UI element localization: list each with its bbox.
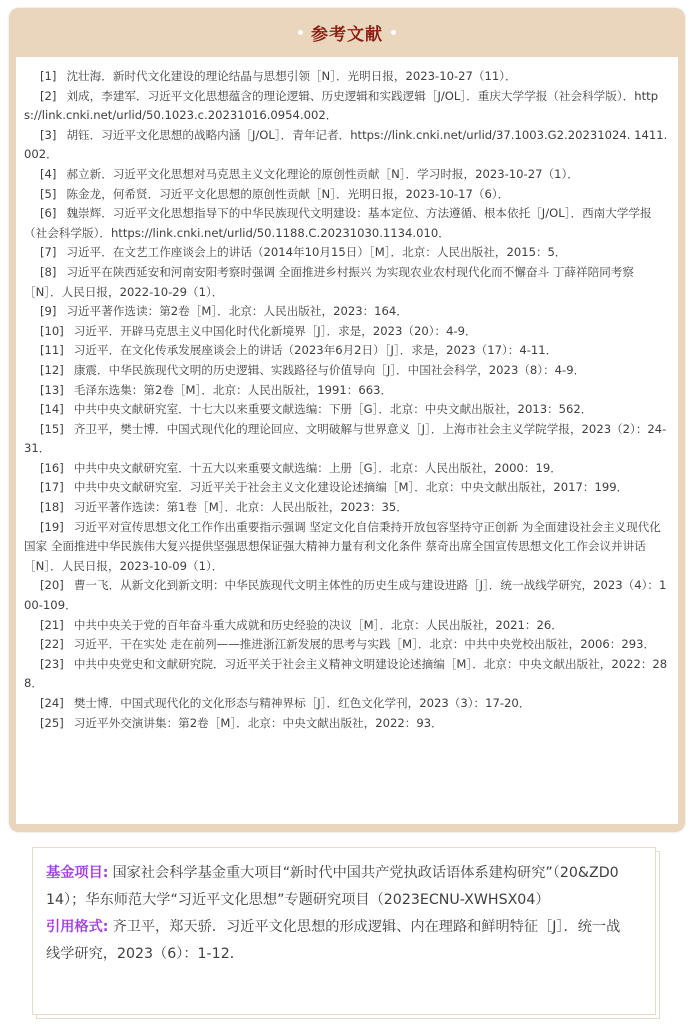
reference-item: [1]沈壮海．新时代文化建设的理论结晶与思想引领［N］．光明日报，2023-10… — [24, 67, 670, 87]
reference-item: [15]齐卫平，樊士博．中国式现代化的理论回应、文明破解与世界意义［J］．上海市… — [24, 420, 670, 459]
reference-number: [15] — [32, 420, 64, 440]
reference-text: 樊士博．中国式现代化的文化形态与精神界标［J］．红色文化学刊，2023（3）：1… — [74, 696, 531, 710]
reference-item: [14]中共中央文献研究室．十七大以来重要文献选编：下册［G］．北京：中央文献出… — [24, 400, 670, 420]
reference-number: [25] — [32, 714, 64, 734]
reference-number: [16] — [32, 459, 64, 479]
reference-text: 中共中央文献研究室．习近平关于社会主义文化建设论述摘编［M］．北京：中央文献出版… — [74, 480, 628, 494]
reference-text: 习近平．干在实处 走在前列——推进浙江新发展的思考与实践［M］．北京：中共中央党… — [74, 637, 655, 651]
reference-item: [17]中共中央文献研究室．习近平关于社会主义文化建设论述摘编［M］．北京：中央… — [24, 478, 670, 498]
reference-number: [21] — [32, 616, 64, 636]
reference-text: 齐卫平，樊士博．中国式现代化的理论回应、文明破解与世界意义［J］．上海市社会主义… — [24, 422, 666, 456]
reference-item: [22]习近平．干在实处 走在前列——推进浙江新发展的思考与实践［M］．北京：中… — [24, 635, 670, 655]
reference-number: [5] — [32, 185, 56, 205]
reference-number: [14] — [32, 400, 64, 420]
reference-item: [5]陈金龙，何希贤．习近平文化思想的原创性贡献［N］．光明日报，2023-10… — [24, 185, 670, 205]
reference-item: [12]康震．中华民族现代文明的历史逻辑、实践路径与价值导向［J］．中国社会科学… — [24, 361, 670, 381]
reference-number: [22] — [32, 635, 64, 655]
reference-number: [7] — [32, 243, 56, 263]
fund-paragraph: 基金项目:国家社会科学基金重大项目“新时代中国共产党执政话语体系建构研究”（20… — [46, 860, 626, 914]
reference-item: [21]中共中央关于党的百年奋斗重大成就和历史经验的决议［M］．北京：人民出版社… — [24, 616, 670, 636]
reference-number: [2] — [32, 87, 56, 107]
reference-item: [3]胡钰．习近平文化思想的战略内涵［J/OL］．青年记者．https://li… — [24, 126, 670, 165]
reference-text: 习近平在陕西延安和河南安阳考察时强调 全面推进乡村振兴 为实现农业农村现代化而不… — [24, 265, 634, 299]
reference-number: [20] — [32, 576, 64, 596]
reference-text: 中共中央文献研究室．十五大以来重要文献选编：上册［G］．北京：人民出版社，200… — [74, 461, 562, 475]
reference-number: [1] — [32, 67, 56, 87]
reference-number: [23] — [32, 655, 64, 675]
bullet-dot-icon — [298, 30, 303, 35]
reference-item: [23]中共中央党史和文献研究院．习近平关于社会主义精神文明建设论述摘编［M］．… — [24, 655, 670, 694]
reference-item: [2]刘成，李建军．习近平文化思想蕴含的理论逻辑、历史逻辑和实践逻辑［J/OL］… — [24, 87, 670, 126]
references-card: 参考文献 [1]沈壮海．新时代文化建设的理论结晶与思想引领［N］．光明日报，20… — [9, 8, 685, 832]
reference-text: 陈金龙，何希贤．习近平文化思想的原创性贡献［N］．光明日报，2023-10-17… — [66, 187, 509, 201]
reference-text: 习近平外交演讲集：第2卷［M］．北京：中央文献出版社，2022：93． — [74, 716, 443, 730]
reference-text: 中共中央党史和文献研究院．习近平关于社会主义精神文明建设论述摘编［M］．北京：中… — [24, 657, 667, 691]
reference-text: 习近平著作选读：第1卷［M］．北京：人民出版社，2023：35． — [74, 500, 408, 514]
reference-item: [10]习近平．开辟马克思主义中国化时代化新境界［J］．求是，2023（20）：… — [24, 322, 670, 342]
fund-text: 国家社会科学基金重大项目“新时代中国共产党执政话语体系建构研究”（20&ZD01… — [46, 865, 619, 908]
references-list: [1]沈壮海．新时代文化建设的理论结晶与思想引领［N］．光明日报，2023-10… — [16, 57, 678, 824]
reference-text: 刘成，李建军．习近平文化思想蕴含的理论逻辑、历史逻辑和实践逻辑［J/OL］．重庆… — [24, 89, 658, 123]
reference-item: [11]习近平．在文化传承发展座谈会上的讲话（2023年6月2日）［J］．求是，… — [24, 341, 670, 361]
reference-number: [8] — [32, 263, 56, 283]
reference-item: [25]习近平外交演讲集：第2卷［M］．北京：中央文献出版社，2022：93． — [24, 714, 670, 734]
reference-item: [24]樊士博．中国式现代化的文化形态与精神界标［J］．红色文化学刊，2023（… — [24, 694, 670, 714]
reference-number: [9] — [32, 302, 56, 322]
reference-number: [17] — [32, 478, 64, 498]
reference-number: [10] — [32, 322, 64, 342]
reference-text: 郝立新．习近平文化思想对马克思主义文化理论的原创性贡献［N］．学习时报，2023… — [66, 167, 578, 181]
reference-item: [8]习近平在陕西延安和河南安阳考察时强调 全面推进乡村振兴 为实现农业农村现代… — [24, 263, 670, 302]
citation-label: 引用格式: — [46, 919, 108, 935]
reference-number: [18] — [32, 498, 64, 518]
reference-text: 习近平对宣传思想文化工作作出重要指示强调 坚定文化自信秉持开放包容坚持守正创新 … — [24, 520, 661, 573]
bullet-dot-icon — [391, 30, 396, 35]
reference-text: 习近平．在文化传承发展座谈会上的讲话（2023年6月2日）［J］．求是，2023… — [74, 343, 557, 357]
reference-text: 习近平著作选读：第2卷［M］．北京：人民出版社，2023：164． — [66, 304, 407, 318]
reference-item: [16]中共中央文献研究室．十五大以来重要文献选编：上册［G］．北京：人民出版社… — [24, 459, 670, 479]
reference-item: [20]曹一飞．从新文化到新文明：中华民族现代文明主体性的历史生成与建设进路［J… — [24, 576, 670, 615]
reference-text: 中共中央文献研究室．十七大以来重要文献选编：下册［G］．北京：中央文献出版社，2… — [74, 402, 593, 416]
reference-text: 康震．中华民族现代文明的历史逻辑、实践路径与价值导向［J］．中国社会科学，202… — [74, 363, 585, 377]
references-title-wrap: 参考文献 — [298, 20, 396, 45]
reference-text: 沈壮海．新时代文化建设的理论结晶与思想引领［N］．光明日报，2023-10-27… — [66, 69, 516, 83]
reference-text: 魏崇辉．习近平文化思想指导下的中华民族现代文明建设：基本定位、方法遵循、根本依托… — [24, 206, 652, 240]
reference-text: 胡钰．习近平文化思想的战略内涵［J/OL］．青年记者．https://link.… — [24, 128, 667, 162]
reference-item: [19]习近平对宣传思想文化工作作出重要指示强调 坚定文化自信秉持开放包容坚持守… — [24, 518, 670, 577]
reference-text: 习近平．开辟马克思主义中国化时代化新境界［J］．求是，2023（20）：4-9． — [74, 324, 477, 338]
citation-text: 齐卫平，郑天骄．习近平文化思想的形成逻辑、内在理路和鲜明特征［J］．统一战线学研… — [46, 919, 620, 962]
reference-number: [12] — [32, 361, 64, 381]
reference-text: 毛泽东选集：第2卷［M］．北京：人民出版社，1991：663． — [74, 383, 392, 397]
references-title: 参考文献 — [311, 20, 383, 45]
reference-number: [13] — [32, 381, 64, 401]
reference-number: [11] — [32, 341, 64, 361]
reference-text: 习近平．在文艺工作座谈会上的讲话（2014年10月15日）［M］．北京：人民出版… — [66, 245, 566, 259]
reference-number: [6] — [32, 204, 56, 224]
fund-label: 基金项目: — [46, 865, 108, 881]
reference-number: [19] — [32, 518, 64, 538]
reference-text: 曹一飞．从新文化到新文明：中华民族现代文明主体性的历史生成与建设进路［J］．统一… — [24, 578, 666, 612]
funding-content: 基金项目:国家社会科学基金重大项目“新时代中国共产党执政话语体系建构研究”（20… — [46, 860, 626, 968]
citation-paragraph: 引用格式:齐卫平，郑天骄．习近平文化思想的形成逻辑、内在理路和鲜明特征［J］．统… — [46, 914, 626, 968]
reference-text: 中共中央关于党的百年奋斗重大成就和历史经验的决议［M］．北京：人民出版社，202… — [74, 618, 563, 632]
reference-item: [6]魏崇辉．习近平文化思想指导下的中华民族现代文明建设：基本定位、方法遵循、根… — [24, 204, 670, 243]
reference-item: [9]习近平著作选读：第2卷［M］．北京：人民出版社，2023：164． — [24, 302, 670, 322]
reference-number: [4] — [32, 165, 56, 185]
reference-item: [7]习近平．在文艺工作座谈会上的讲话（2014年10月15日）［M］．北京：人… — [24, 243, 670, 263]
reference-number: [24] — [32, 694, 64, 714]
reference-item: [13]毛泽东选集：第2卷［M］．北京：人民出版社，1991：663． — [24, 381, 670, 401]
reference-item: [18]习近平著作选读：第1卷［M］．北京：人民出版社，2023：35． — [24, 498, 670, 518]
references-header: 参考文献 — [16, 8, 678, 57]
reference-number: [3] — [32, 126, 56, 146]
reference-item: [4]郝立新．习近平文化思想对马克思主义文化理论的原创性贡献［N］．学习时报，2… — [24, 165, 670, 185]
